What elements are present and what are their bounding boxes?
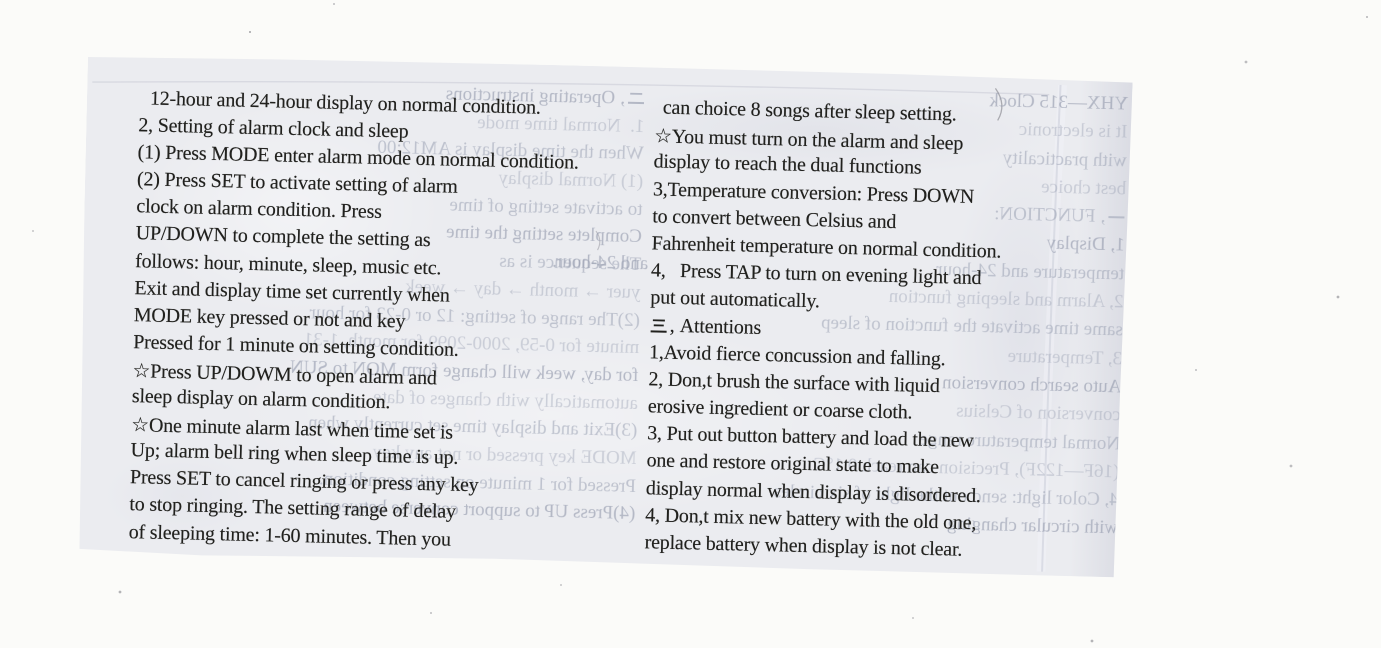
cjk-numeral-icon <box>651 319 667 332</box>
dust-specks <box>0 0 2 2</box>
cjk-comma <box>669 314 680 337</box>
paper-sheet: Operating instructions1. Normal time mod… <box>76 54 1132 578</box>
right-text-column: can choice 8 songs after sleep setting.☆… <box>644 96 1115 569</box>
scanned-page: Operating instructions1. Normal time mod… <box>0 0 1381 648</box>
left-text-column: 12-hour and 24-hour display on normal co… <box>128 87 639 559</box>
